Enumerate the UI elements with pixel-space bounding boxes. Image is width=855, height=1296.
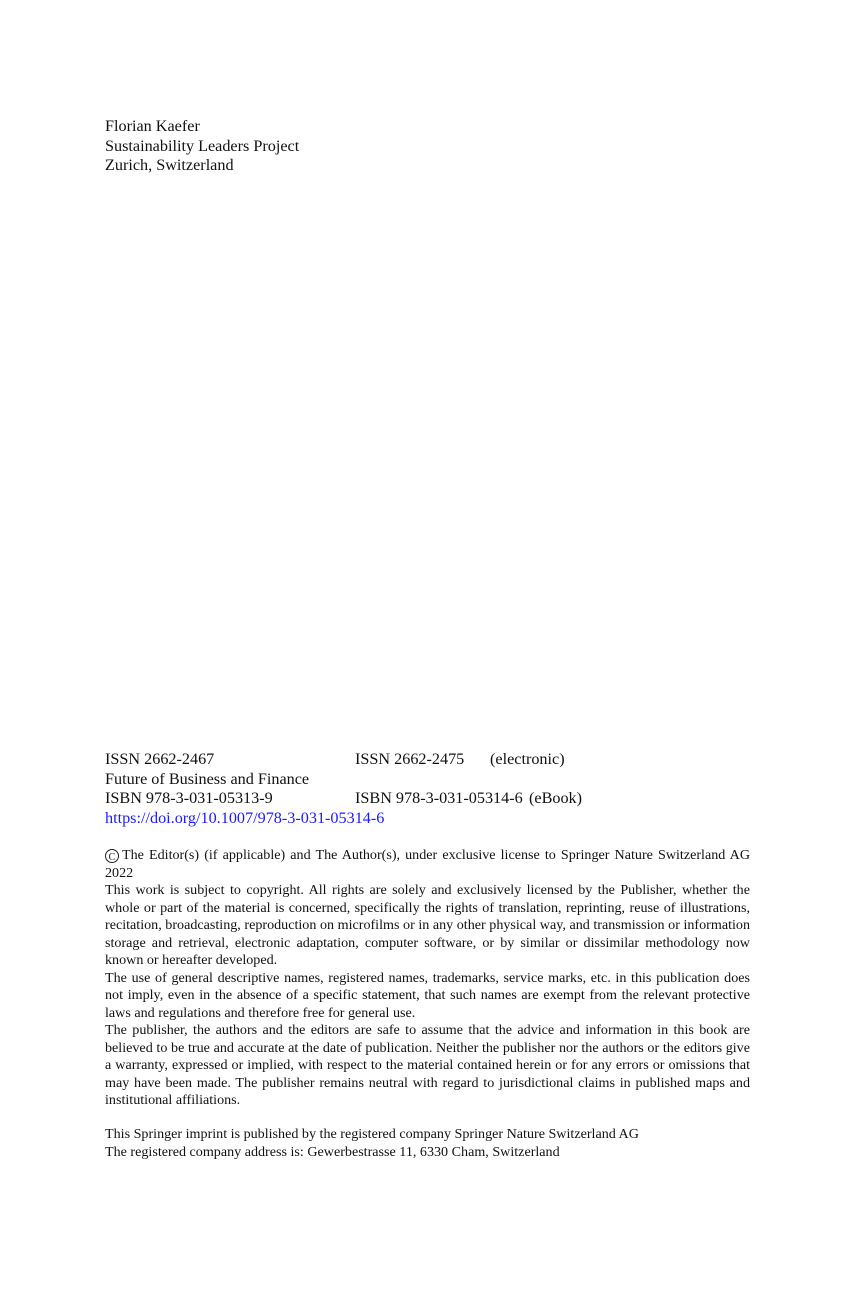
- disclaimer-paragraph: The publisher, the authors and the edito…: [105, 1022, 750, 1110]
- legal-notice: CThe Editor(s) (if applicable) and The A…: [105, 847, 750, 1110]
- doi-link[interactable]: https://doi.org/10.1007/978-3-031-05314-…: [105, 809, 384, 829]
- series-title-row: Future of Business and Finance: [105, 770, 755, 790]
- imprint-line-publisher: This Springer imprint is published by th…: [105, 1126, 639, 1144]
- imprint-line-address: The registered company address is: Gewer…: [105, 1144, 639, 1162]
- copyright-line: CThe Editor(s) (if applicable) and The A…: [105, 847, 750, 882]
- issn-print: ISSN 2662-2467: [105, 750, 214, 770]
- series-title: Future of Business and Finance: [105, 770, 309, 790]
- names-paragraph: The use of general descriptive names, re…: [105, 970, 750, 1023]
- isbn-ebook-label: (eBook): [529, 789, 582, 809]
- isbn-print: ISBN 978-3-031-05313-9: [105, 789, 273, 809]
- imprint-block: This Springer imprint is published by th…: [105, 1126, 639, 1161]
- isbn-ebook: ISBN 978-3-031-05314-6: [355, 789, 523, 809]
- issn-electronic-label: (electronic): [490, 750, 565, 770]
- issn-electronic: ISSN 2662-2475: [355, 750, 464, 770]
- author-location: Zurich, Switzerland: [105, 156, 299, 176]
- copyright-icon: C: [105, 849, 119, 863]
- author-block: Florian Kaefer Sustainability Leaders Pr…: [105, 117, 299, 176]
- isbn-row: ISBN 978-3-031-05313-9 ISBN 978-3-031-05…: [105, 789, 755, 809]
- series-info-block: ISSN 2662-2467 ISSN 2662-2475 (electroni…: [105, 750, 755, 828]
- author-name: Florian Kaefer: [105, 117, 299, 137]
- copyright-text: The Editor(s) (if applicable) and The Au…: [105, 847, 750, 881]
- issn-row: ISSN 2662-2467 ISSN 2662-2475 (electroni…: [105, 750, 755, 770]
- rights-paragraph: This work is subject to copyright. All r…: [105, 882, 750, 970]
- doi-row: https://doi.org/10.1007/978-3-031-05314-…: [105, 809, 755, 829]
- author-affiliation: Sustainability Leaders Project: [105, 137, 299, 157]
